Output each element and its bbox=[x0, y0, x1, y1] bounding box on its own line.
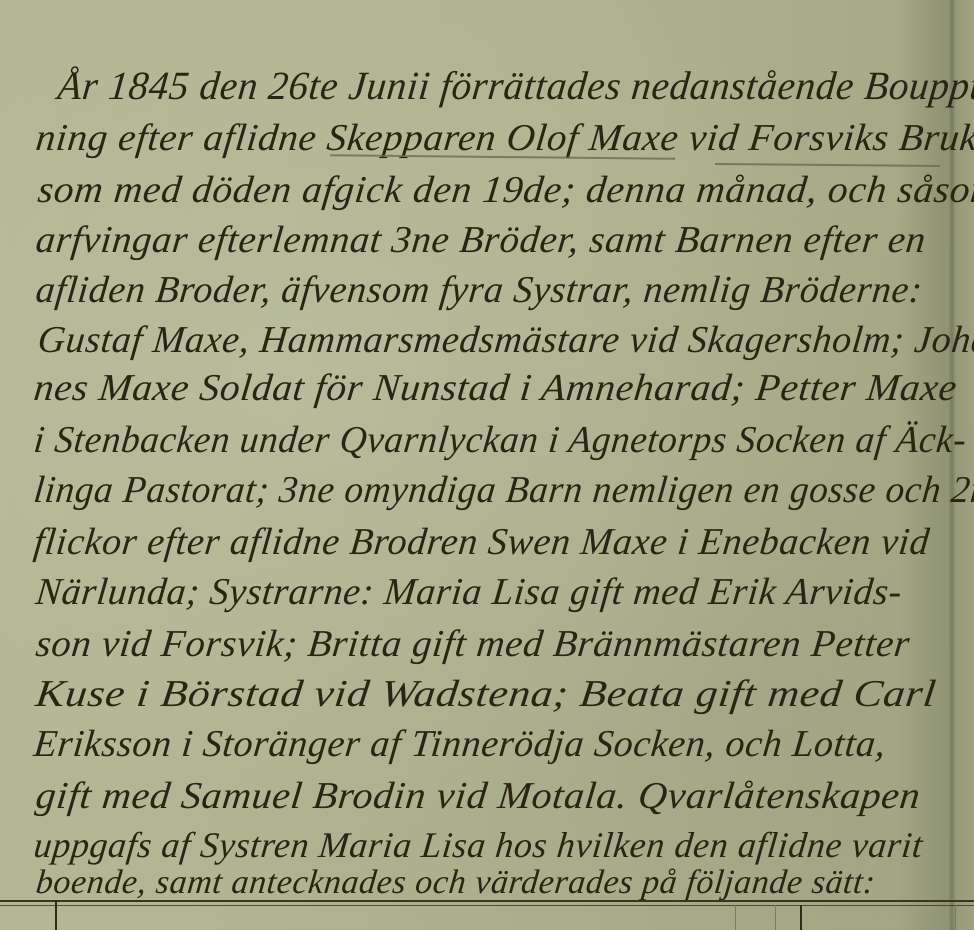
table-column-divider bbox=[800, 905, 802, 930]
table-column-left-border bbox=[55, 900, 57, 930]
text-line-14: Eriksson i Storänger af Tinnerödja Socke… bbox=[32, 722, 889, 766]
text-line-12: son vid Forsvik; Britta gift med Brännmä… bbox=[34, 622, 913, 666]
text-line-4: arfvingar efterlemnat 3ne Bröder, samt B… bbox=[34, 218, 929, 262]
text-line-8: i Stenbacken under Qvarnlyckan i Agnetor… bbox=[32, 418, 969, 462]
text-line-15: gift med Samuel Brodin vid Motala. Qvarl… bbox=[34, 774, 923, 818]
table-column-divider-faint-1 bbox=[735, 905, 736, 930]
text-line-17: boende, samt antecknades och värderades … bbox=[34, 864, 877, 902]
text-line-9: linga Pastorat; 3ne omyndiga Barn nemlig… bbox=[32, 468, 974, 512]
text-line-1: År 1845 den 26te Junii förrättades nedan… bbox=[56, 62, 974, 109]
text-line-3: som med döden afgick den 19de; denna mån… bbox=[36, 168, 974, 212]
text-line-7: nes Maxe Soldat för Nunstad i Amneharad;… bbox=[32, 366, 960, 410]
text-line-2: ning efter aflidne Skepparen Olof Maxe v… bbox=[34, 116, 974, 160]
table-top-rule bbox=[0, 900, 974, 902]
table-column-divider-faint-2 bbox=[775, 905, 776, 930]
table-top-rule-double bbox=[0, 905, 974, 906]
text-line-11: Närlunda; Systrarne: Maria Lisa gift med… bbox=[34, 570, 905, 614]
text-line-6: Gustaf Maxe, Hammarsmedsmästare vid Skag… bbox=[36, 318, 974, 362]
table-column-right-border bbox=[955, 905, 956, 930]
text-line-16: uppgafs af Systren Maria Lisa hos hvilke… bbox=[32, 824, 925, 866]
text-line-13: Kuse i Börstad vid Wadstena; Beata gift … bbox=[33, 672, 938, 716]
text-line-10: flickor efter aflidne Brodren Swen Maxe … bbox=[32, 520, 932, 564]
text-line-5: afliden Broder, äfvensom fyra Systrar, n… bbox=[34, 268, 925, 312]
